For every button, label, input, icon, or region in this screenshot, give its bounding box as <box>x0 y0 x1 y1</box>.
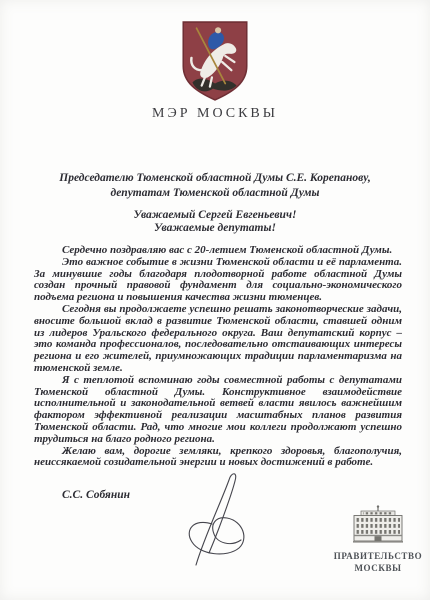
org-title: МЭР МОСКВЫ <box>0 106 430 122</box>
paragraph: Это важное событие в жизни Тюменской обл… <box>34 257 402 304</box>
signer-name: С.С. Собянин <box>62 489 130 501</box>
salutation-line-2: Уважаемые депутаты! <box>28 222 402 235</box>
letter-body: Сердечно поздравляю вас с 20-летием Тюме… <box>34 245 402 469</box>
salutation-block: Уважаемый Сергей Евгеньевич! Уважаемые д… <box>28 209 402 234</box>
moscow-coat-of-arms-icon <box>179 19 251 103</box>
addressee-line-1: Председателю Тюменской областной Думы С.… <box>28 171 402 186</box>
letter-page: МЭР МОСКВЫ Председателю Тюменской област… <box>0 0 430 600</box>
moscow-government-building-icon <box>351 505 405 547</box>
gov-logo-block: ПРАВИТЕЛЬСТВО МОСКВЫ <box>325 505 430 574</box>
salutation-line-1: Уважаемый Сергей Евгеньевич! <box>28 209 402 222</box>
addressee-line-2: депутатам Тюменской областной Думы <box>28 186 402 201</box>
gov-name-line-1: ПРАВИТЕЛЬСТВО <box>325 550 430 562</box>
addressee-block: Председателю Тюменской областной Думы С.… <box>28 171 402 201</box>
signature-icon <box>182 462 257 570</box>
gov-name-line-2: МОСКВЫ <box>325 562 430 574</box>
paragraph: Сегодня вы продолжаете успешно решать за… <box>34 304 402 375</box>
paragraph: Я с теплотой вспоминаю годы совместной р… <box>34 375 402 446</box>
